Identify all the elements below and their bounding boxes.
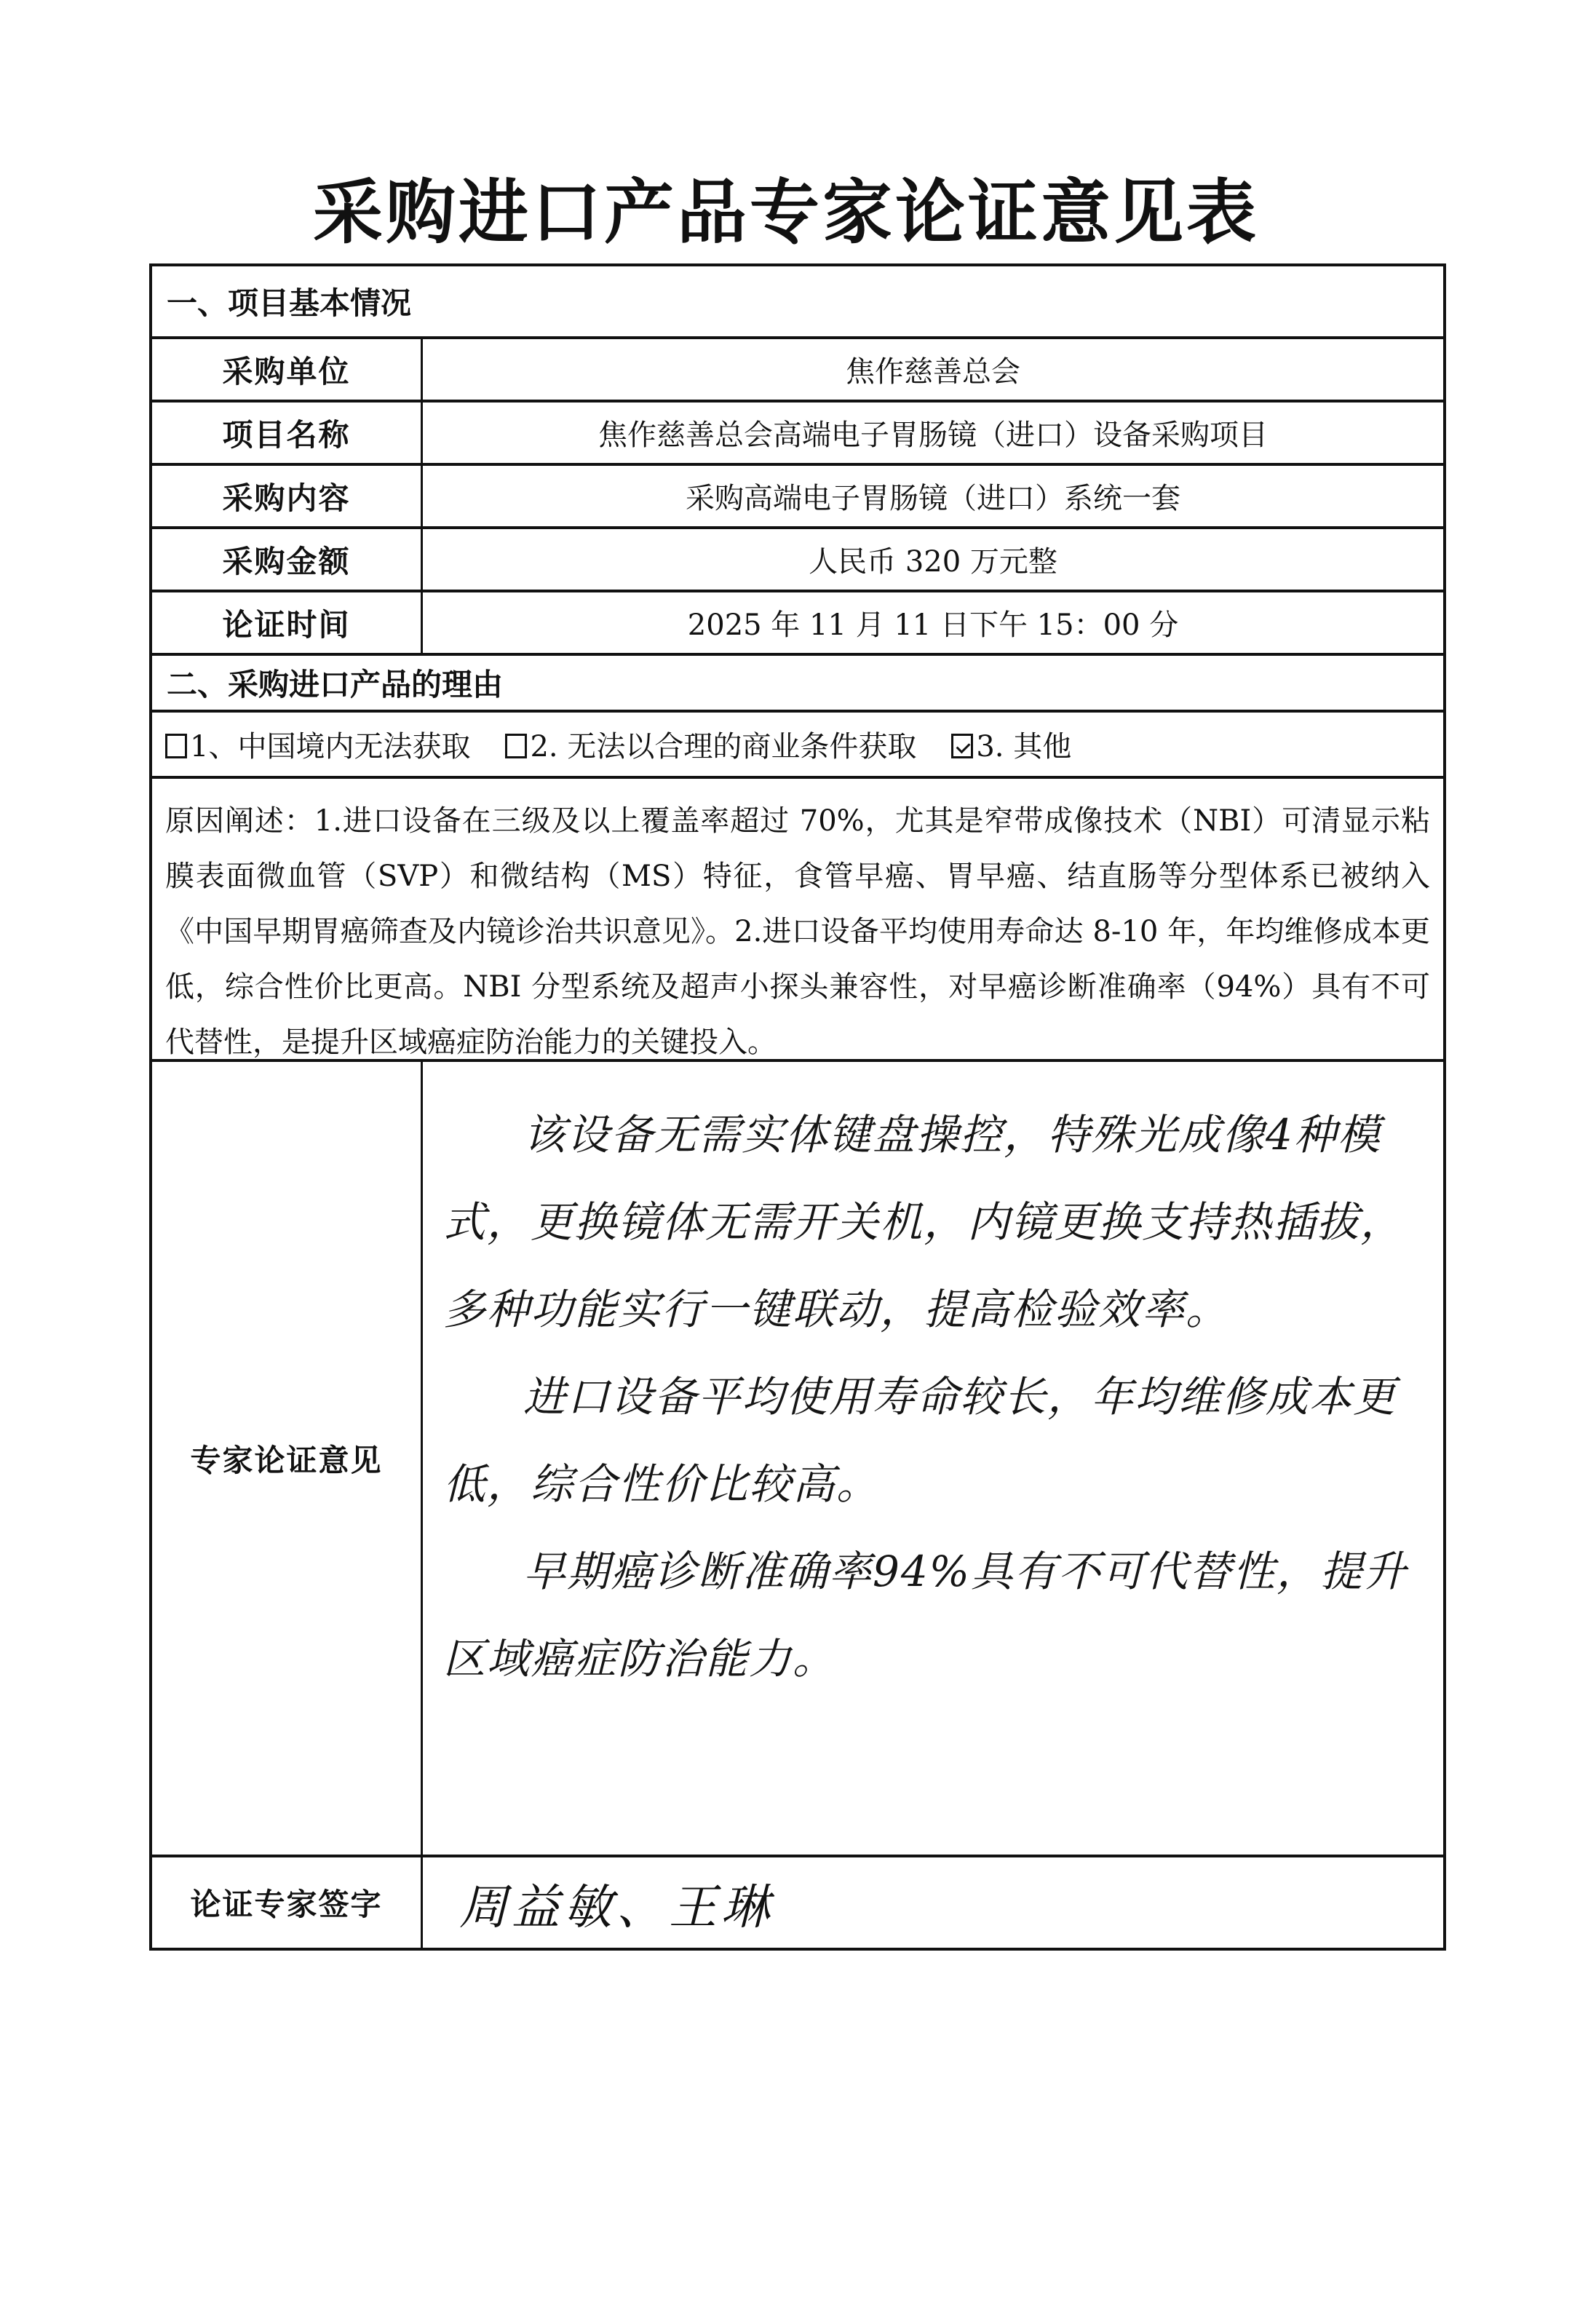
section-header-project-info: 一、项目基本情况 [152,266,1443,339]
field-label: 论证专家签字 [152,1857,423,1948]
row-review-time: 论证时间 2025 年 11 月 11 日下午 15：00 分 [152,592,1443,656]
handwritten-opinion: 该设备无需实体键盘操控，特殊光成像4种模式，更换镜体无需开关机，内镜更换支持热插… [423,1062,1443,1855]
reason-text: 原因阐述：1.进口设备在三级及以上覆盖率超过 70%，尤其是窄带成像技术（NBI… [165,804,1430,1059]
field-label: 项目名称 [152,402,423,463]
option-other[interactable]: 3. 其他 [951,723,1071,765]
section-title: 一、项目基本情况 [167,279,411,323]
opinion-paragraph: 早期癌诊断准确率94%具有不可代替性，提升区域癌症防治能力。 [443,1528,1421,1702]
field-value: 焦作慈善总会高端电子胃肠镜（进口）设备采购项目 [423,402,1443,463]
row-purchasing-unit: 采购单位 焦作慈善总会 [152,339,1443,402]
row-project-name: 项目名称 焦作慈善总会高端电子胃肠镜（进口）设备采购项目 [152,402,1443,466]
option-label: 3. 其他 [976,723,1071,765]
field-label: 专家论证意见 [152,1062,423,1855]
option-label: 1、中国境内无法获取 [190,723,470,765]
option-unreasonable-commercial-terms[interactable]: 2. 无法以合理的商业条件获取 [505,723,916,765]
field-value: 2025 年 11 月 11 日下午 15：00 分 [423,592,1443,653]
row-purchase-amount: 采购金额 人民币 320 万元整 [152,529,1443,592]
opinion-paragraph: 进口设备平均使用寿命较长，年均维修成本更低，综合性价比较高。 [443,1353,1421,1528]
section-title: 二、采购进口产品的理由 [167,661,503,705]
checkbox-unchecked-icon[interactable] [505,734,527,758]
handwritten-signature: 周益敏、王琳 [423,1857,1443,1948]
checkbox-checked-icon[interactable] [951,734,973,758]
field-value: 采购高端电子胃肠镜（进口）系统一套 [423,466,1443,526]
row-purchase-content: 采购内容 采购高端电子胃肠镜（进口）系统一套 [152,466,1443,529]
field-label: 论证时间 [152,592,423,653]
expert-opinion-form: 一、项目基本情况 采购单位 焦作慈善总会 项目名称 焦作慈善总会高端电子胃肠镜（… [149,263,1446,1951]
reason-explanation: 原因阐述：1.进口设备在三级及以上覆盖率超过 70%，尤其是窄带成像技术（NBI… [152,779,1443,1062]
field-label: 采购金额 [152,529,423,590]
reason-options: 1、中国境内无法获取 2. 无法以合理的商业条件获取 3. 其他 [152,713,1443,779]
opinion-paragraph: 该设备无需实体键盘操控，特殊光成像4种模式，更换镜体无需开关机，内镜更换支持热插… [443,1091,1421,1353]
option-label: 2. 无法以合理的商业条件获取 [530,723,916,765]
option-unavailable-domestically[interactable]: 1、中国境内无法获取 [165,723,470,765]
field-label: 采购内容 [152,466,423,526]
field-value: 焦作慈善总会 [423,339,1443,400]
field-label: 采购单位 [152,339,423,400]
checkbox-unchecked-icon[interactable] [165,734,187,758]
row-expert-opinion: 专家论证意见 该设备无需实体键盘操控，特殊光成像4种模式，更换镜体无需开关机，内… [152,1062,1443,1857]
field-value: 人民币 320 万元整 [423,529,1443,590]
section-header-import-reason: 二、采购进口产品的理由 [152,656,1443,713]
row-expert-signature: 论证专家签字 周益敏、王琳 [152,1857,1443,1948]
page-title: 采购进口产品专家论证意见表 [0,169,1572,256]
